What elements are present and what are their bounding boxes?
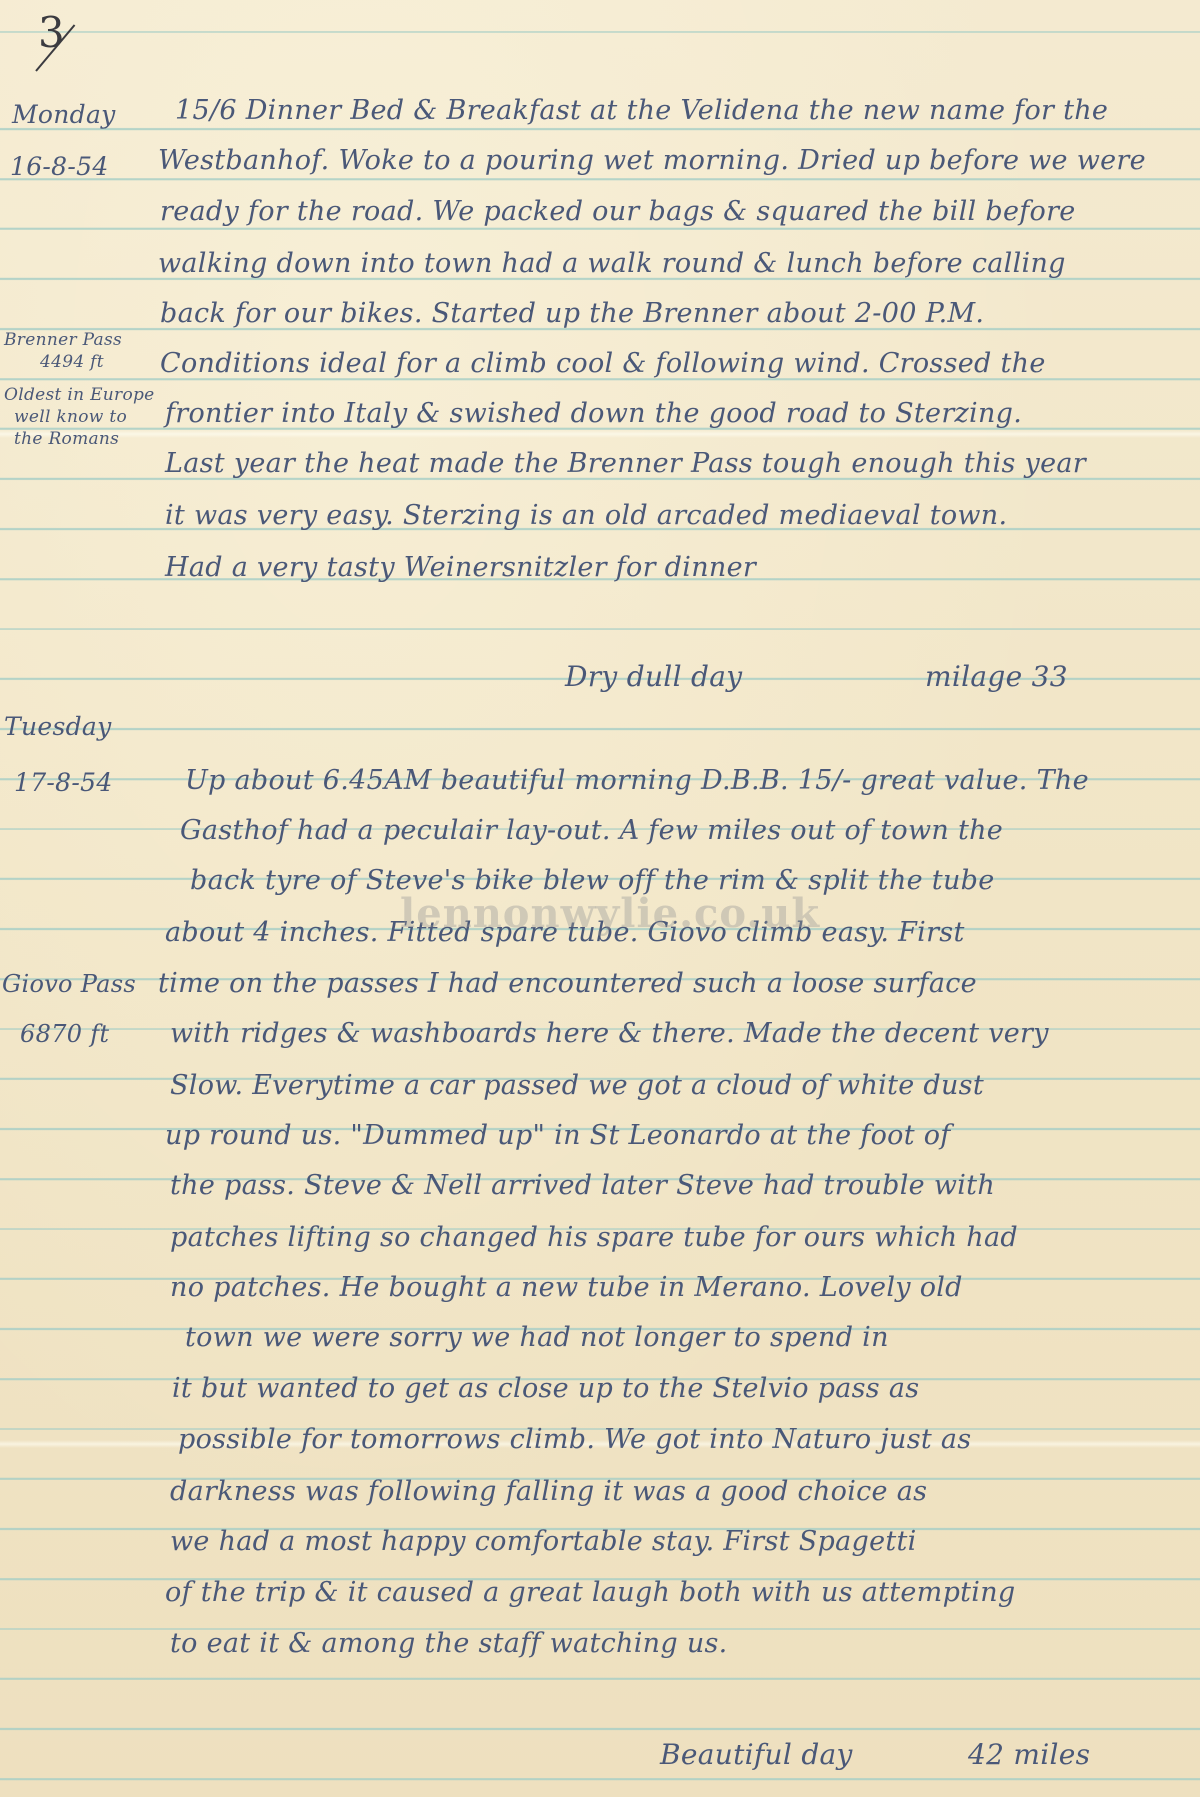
diary-line: Conditions ideal for a climb cool & foll… xyxy=(160,348,1046,379)
diary-line: the pass. Steve & Nell arrived later Ste… xyxy=(170,1170,995,1201)
diary-line: no patches. He bought a new tube in Mera… xyxy=(170,1272,963,1303)
diary-line: Up about 6.45AM beautiful morning D.B.B.… xyxy=(185,765,1089,796)
diary-line: ready for the road. We packed our bags &… xyxy=(160,196,1076,227)
diary-line: Last year the heat made the Brenner Pass… xyxy=(165,448,1086,479)
diary-line: it but wanted to get as close up to the … xyxy=(172,1373,919,1404)
diary-line: with ridges & washboards here & there. M… xyxy=(170,1018,1049,1049)
day-mileage: milage 33 xyxy=(925,660,1068,693)
margin-note: Giovo Pass xyxy=(2,970,136,998)
diary-line: of the trip & it caused a great laugh bo… xyxy=(165,1577,1016,1608)
diary-line: 15/6 Dinner Bed & Breakfast at the Velid… xyxy=(175,95,1108,126)
margin-note: 4494 ft xyxy=(40,352,104,372)
diary-line: darkness was following falling it was a … xyxy=(170,1476,927,1507)
entry-day: Monday xyxy=(12,100,116,129)
diary-line: patches lifting so changed his spare tub… xyxy=(170,1222,1018,1253)
paper-fold xyxy=(0,430,1200,438)
diary-line: Slow. Everytime a car passed we got a cl… xyxy=(170,1070,984,1101)
diary-line: back for our bikes. Started up the Brenn… xyxy=(160,298,984,329)
entry-day: Tuesday xyxy=(4,712,112,741)
diary-line: to eat it & among the staff watching us. xyxy=(170,1628,728,1659)
entry-date: 17-8-54 xyxy=(14,768,113,797)
margin-note: well know to xyxy=(14,407,127,427)
diary-line: walking down into town had a walk round … xyxy=(158,248,1066,279)
diary-line: we had a most happy comfortable stay. Fi… xyxy=(170,1526,917,1557)
margin-note: the Romans xyxy=(14,429,119,449)
entry-date: 16-8-54 xyxy=(10,152,109,181)
day-weather: Dry dull day xyxy=(565,660,742,693)
diary-line: Had a very tasty Weinersnitzler for dinn… xyxy=(165,552,756,583)
diary-line: it was very easy. Sterzing is an old arc… xyxy=(165,500,1007,531)
margin-note: 6870 ft xyxy=(20,1020,109,1048)
day-mileage: 42 miles xyxy=(968,1738,1090,1771)
diary-line: up round us. "Dummed up" in St Leonardo … xyxy=(165,1120,951,1151)
diary-line: time on the passes I had encountered suc… xyxy=(158,968,977,999)
diary-line: frontier into Italy & swished down the g… xyxy=(165,398,1022,429)
day-weather: Beautiful day xyxy=(660,1738,853,1771)
diary-line: possible for tomorrows climb. We got int… xyxy=(178,1424,971,1455)
diary-line: town we were sorry we had not longer to … xyxy=(185,1322,889,1353)
margin-note: Oldest in Europe xyxy=(4,385,155,405)
diary-line: Westbanhof. Woke to a pouring wet mornin… xyxy=(158,145,1146,176)
diary-line: Gasthof had a peculair lay-out. A few mi… xyxy=(180,815,1003,846)
margin-note: Brenner Pass xyxy=(4,330,122,350)
diary-page: 3 Monday 16-8-54 Brenner Pass 4494 ft Ol… xyxy=(0,0,1200,1797)
watermark: lennonwylie.co.uk xyxy=(400,890,820,937)
